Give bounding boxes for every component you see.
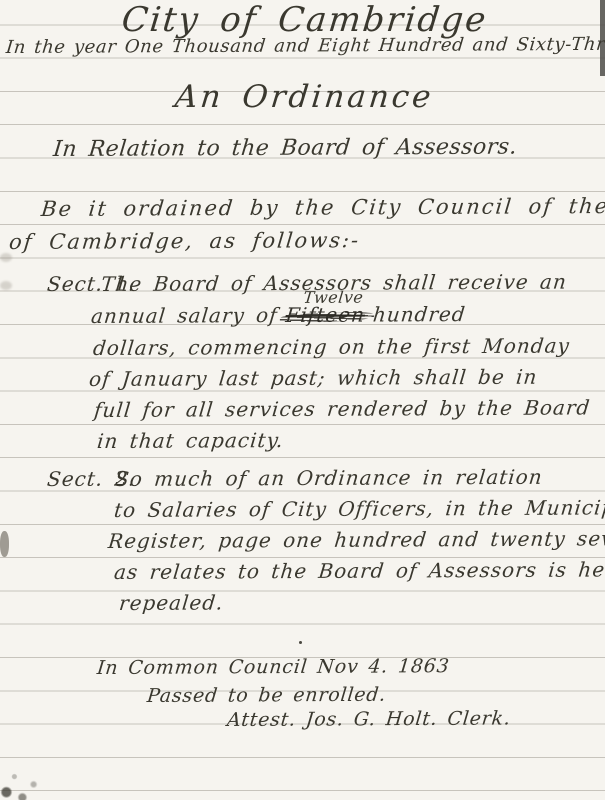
- section-2-line-2: to Salaries of City Officers, in the Mun…: [113, 495, 605, 522]
- subject-line: In Relation to the Board of Assessors.: [52, 135, 518, 162]
- section-2-line-4: as relates to the Board of Assessors is …: [113, 557, 605, 584]
- footer-passed-line: Passed to be enrolled.: [146, 684, 387, 707]
- section-1-line-2-pre: annual salary of: [90, 303, 279, 328]
- section-1-line-2-post: hundred: [372, 302, 467, 326]
- enacting-clause-line-1: Be it ordained by the City Council of th…: [40, 194, 605, 221]
- document-page: City of Cambridge In the year One Thousa…: [0, 0, 605, 800]
- year-line: In the year One Thousand and Eight Hundr…: [5, 34, 605, 58]
- left-edge-ink-blob: [0, 531, 9, 557]
- section-1-line-2: annual salary ofTwelveFifteenhundred: [90, 302, 467, 328]
- section-1-line-3: dollars, commencing on the first Monday: [92, 334, 571, 360]
- section-1-line-6: in that capacity.: [96, 428, 285, 453]
- ordinance-heading: An Ordinance: [0, 79, 605, 115]
- margin-mark: [0, 253, 12, 262]
- ink-dot: [299, 641, 302, 644]
- enacting-clause-line-2: of Cambridge, as follows:-: [8, 228, 361, 254]
- section-1-line-4: of January last past; which shall be in: [88, 365, 539, 391]
- section-2-line-3: Register, page one hundred and twenty se…: [107, 526, 605, 553]
- section-2-line-1: So much of an Ordinance in relation: [114, 465, 544, 491]
- corner-smudge: [0, 748, 80, 800]
- section-1-line-5: full for all services rendered by the Bo…: [93, 395, 592, 422]
- inserted-word: Twelve: [303, 288, 365, 307]
- footer-council-line: In Common Council Nov 4. 1863: [96, 655, 451, 679]
- footer-attest-line: Attest. Jos. G. Holt. Clerk.: [226, 708, 512, 731]
- amendment: TwelveFifteen: [285, 303, 367, 327]
- margin-mark: [0, 281, 12, 290]
- section-2-line-5: repealed.: [118, 590, 225, 615]
